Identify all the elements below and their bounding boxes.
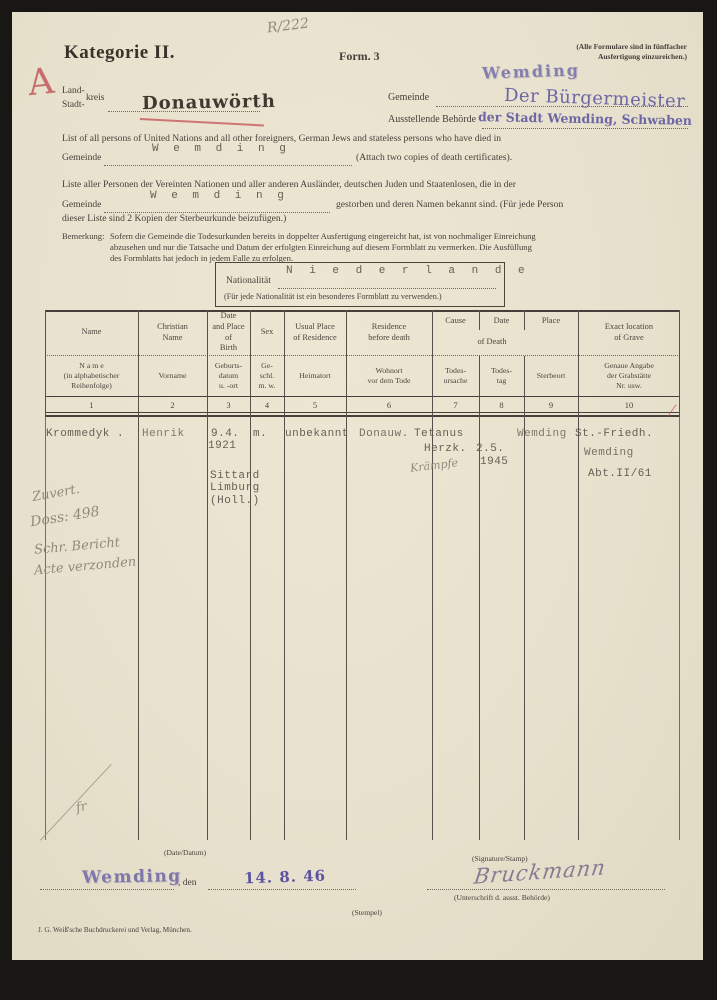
intro-german-gemeinde-label: Gemeinde — [62, 199, 101, 210]
form-category-title: Kategorie II. — [64, 42, 175, 64]
row-birth-date2: 1921 — [208, 440, 236, 452]
copies-instruction-note: (Alle Formulare sind in fünffacher Ausfe… — [467, 42, 687, 62]
col-number: 5 — [284, 397, 346, 412]
col-header-de-heimatort: Heimatort — [284, 356, 346, 396]
den-label: , den — [178, 878, 196, 888]
row-sex: m. — [253, 428, 267, 440]
row-cause2: Herzk. — [424, 443, 467, 455]
persons-table: Name Christian Name Date and Place of Bi… — [45, 310, 680, 840]
row-death-date2: 1945 — [480, 456, 508, 468]
intro-english-attach-note: (Attach two copies of death certificates… — [356, 152, 512, 163]
document-page: R/222 Kategorie II. Form. 3 (Alle Formul… — [12, 12, 703, 960]
intro-german-line2-rest: gestorben und deren Namen bekannt sind. … — [336, 199, 563, 210]
col-header-en-residence-before-death: Residence before death — [346, 310, 432, 355]
date-stamp: 14. 8. 46 — [244, 867, 327, 888]
row-residence-before-death: Donauw. — [359, 428, 409, 440]
table-grid-line — [45, 417, 46, 840]
col-number: 2 — [138, 397, 207, 412]
col-header-de-geburt: Geburts- datum u. -ort — [207, 356, 250, 396]
col-header-en-sex: Sex — [250, 310, 284, 355]
col-number: 1 — [45, 397, 138, 412]
header-bottom-line2 — [45, 415, 680, 417]
col-header-de-todesursache: Todes- ursache — [432, 356, 479, 396]
col-header-de-sterbeort: Sterbeort — [524, 356, 578, 396]
row-death-date1: 2.5. — [476, 443, 504, 455]
row-birth-place2: Limburg — [210, 482, 260, 494]
form-number: Form. 3 — [339, 49, 380, 64]
header-bottom-line1 — [45, 412, 680, 413]
col-header-en-usual-residence: Usual Place of Residence — [284, 310, 346, 355]
pencil-reference-number: R/222 — [266, 16, 310, 37]
bemerkung-label: Bemerkung: — [62, 231, 104, 241]
col-number: 8 — [479, 397, 524, 412]
col-number: 6 — [346, 397, 432, 412]
wemding-stamp-top: Wemding — [482, 60, 580, 82]
col-header-en-birth: Date and Place of Birth — [207, 310, 250, 355]
intro-german-line1: Liste aller Personen der Vereinten Natio… — [62, 179, 677, 190]
table-grid-line — [679, 417, 680, 840]
row-usual-residence: unbekannt — [285, 428, 349, 440]
table-grid-line — [432, 417, 433, 840]
row-first-name: Henrik — [142, 428, 185, 440]
col-number: 9 — [524, 397, 578, 412]
table-grid-line — [346, 417, 347, 840]
land-label: Land- — [62, 86, 85, 96]
row-name: Krommedyk . — [46, 428, 124, 440]
col-header-de-todestag: Todes- tag — [479, 356, 524, 396]
date-datum-label: (Date/Datum) — [164, 848, 206, 857]
bemerkung-line1: Sofern die Gemeinde die Todesurkunden be… — [110, 231, 684, 241]
red-margin-letter: A — [26, 61, 56, 104]
row-birth-place1: Sittard — [210, 470, 260, 482]
nationality-box: Nationalität N i e d e r l a n d e (Für … — [215, 262, 505, 307]
col-number: 10 — [578, 397, 680, 412]
col-header-en-of-death-span: of Death — [432, 332, 552, 352]
stempel-label: (Stempel) — [352, 908, 382, 917]
date-dotted-line — [208, 889, 356, 890]
place-dotted-line — [40, 889, 174, 890]
behoerde-dotted-line — [482, 128, 688, 129]
red-underline — [140, 118, 264, 126]
row-grave3: Abt.II/61 — [588, 468, 652, 480]
row-grave2: Wemding — [584, 447, 634, 459]
buergermeister-stamp-line2: der Stadt Wemding, Schwaben — [478, 109, 692, 128]
signature-dotted-line — [427, 889, 665, 890]
printer-imprint: J. G. Weiß'sche Buchdruckerei und Verlag… — [38, 926, 192, 934]
table-grid-line — [138, 417, 139, 840]
table-grid-line — [479, 417, 480, 840]
col-number: 3 — [207, 397, 250, 412]
buergermeister-stamp-line1: Der Bürgermeister — [504, 85, 686, 112]
col-header-de-geschlecht: Ge- schl. m. w. — [250, 356, 284, 396]
nationality-label: Nationalität — [226, 276, 271, 286]
place-stamp-wemding: Wemding — [82, 866, 182, 888]
col-header-de-grabstaette: Genaue Angabe der Grabstätte Nr. usw. — [578, 356, 680, 396]
col-number: 4 — [250, 397, 284, 412]
donauwoerth-stamp: Donauwörth — [142, 91, 276, 114]
col-number: 7 — [432, 397, 479, 412]
bemerkung-line2: abzusehen und nur die Tatsache und Datum… — [110, 242, 684, 252]
unterschrift-label: (Unterschrift d. ausst. Behörde) — [454, 893, 550, 902]
stadt-label: Stadt- — [62, 100, 85, 110]
table-grid-line — [207, 417, 208, 840]
col-header-en-christian-name: Christian Name — [138, 310, 207, 355]
row-birth-date1: 9.4. — [211, 428, 239, 440]
col-header-de-wohnort: Wohnort vor dem Tode — [346, 356, 432, 396]
row-grave1: St.-Friedh. — [575, 428, 653, 440]
col-header-en-grave: Exact location of Grave — [578, 310, 680, 355]
nationality-value: N i e d e r l a n d e — [286, 265, 530, 277]
col-header-de-name: N a m e (in alphabetischer Reihenfolge) — [45, 356, 138, 396]
row-death-place: Wemding — [517, 428, 567, 440]
col-header-en-name: Name — [45, 310, 138, 355]
intro-english-gemeinde-label: Gemeinde — [62, 152, 101, 163]
kreis-label: kreis — [86, 93, 104, 103]
nationality-dotted-line — [278, 288, 496, 289]
intro-english-dotted-line — [104, 165, 352, 166]
behoerde-label: Ausstellende Behörde — [388, 114, 476, 125]
intro-english-gemeinde-value: W e m d i n g — [152, 143, 290, 155]
nationality-note: (Für jede Nationalität ist ein besondere… — [224, 292, 442, 301]
row-cause1: Tetanus — [414, 428, 464, 440]
table-grid-line — [524, 417, 525, 840]
gemeinde-label: Gemeinde — [388, 92, 429, 103]
intro-german-gemeinde-value: W e m d i n g — [150, 190, 288, 202]
table-grid-line — [578, 417, 579, 840]
table-grid-line — [284, 417, 285, 840]
intro-german-line3: dieser Liste sind 2 Kopien der Sterbeurk… — [62, 213, 286, 224]
row-birth-place3: (Holl.) — [210, 495, 260, 507]
col-header-de-vorname: Vorname — [138, 356, 207, 396]
